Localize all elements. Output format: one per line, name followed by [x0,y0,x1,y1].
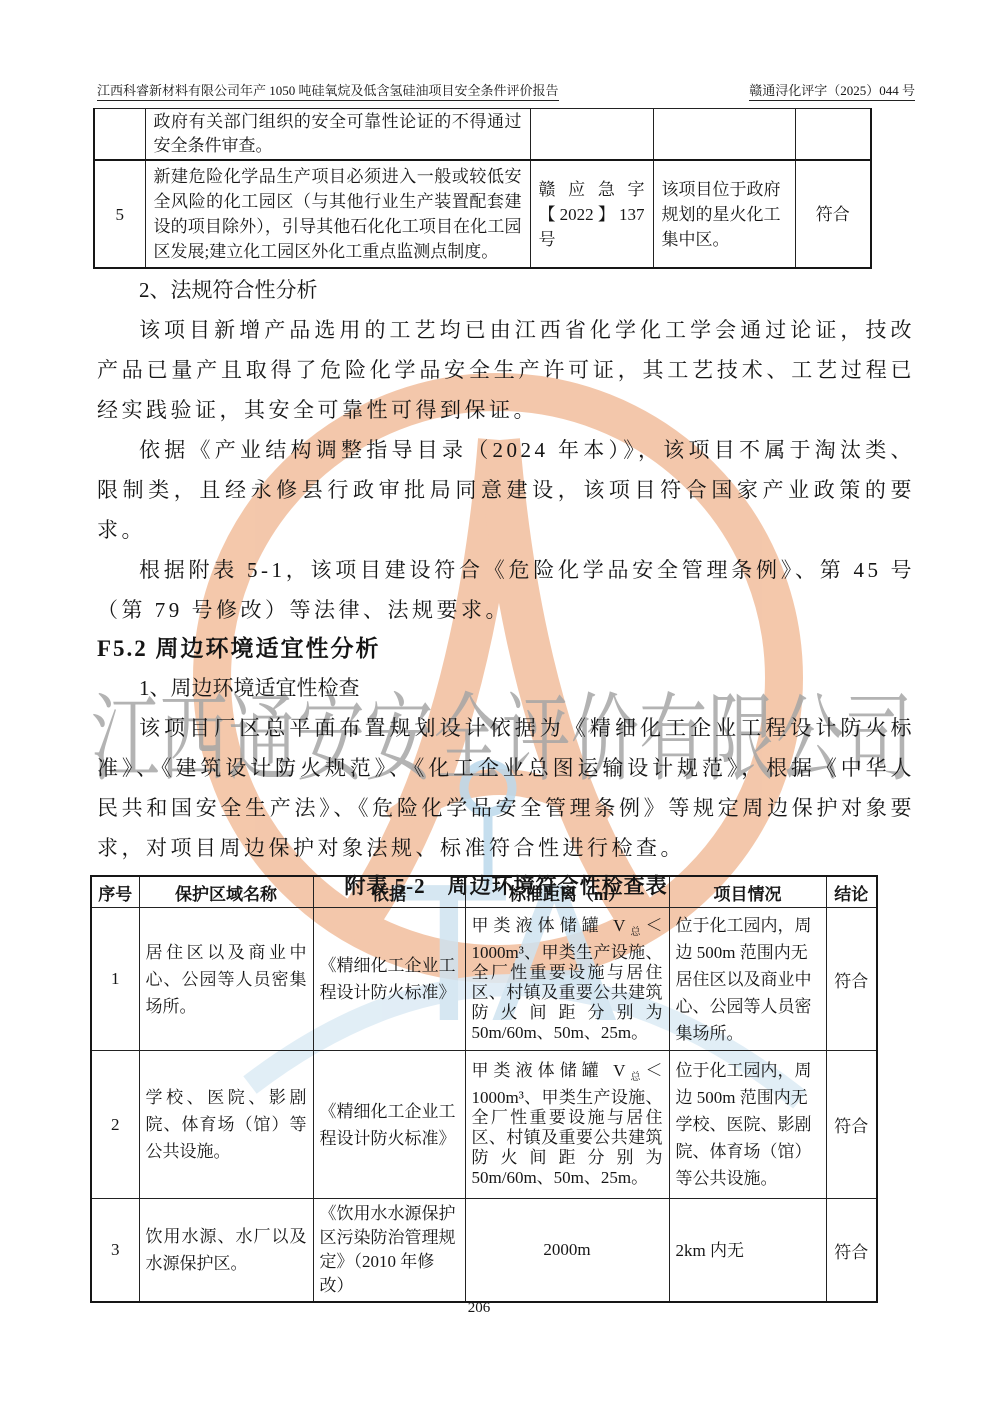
paragraph: 依据《产业结构调整指导目录（2024 年本）》，该项目不属于淘汰类、限制类，且经… [97,430,915,550]
cell-standard-distance: 甲类液体储罐 V总＜1000m³、甲类生产设施、全厂性重要设施与居住区、村镇及重… [465,1051,669,1199]
cell-basis: 《精细化工企业工程设计防火标准》 [313,1051,465,1199]
subheading-law-analysis: 2、法规符合性分析 [97,270,915,310]
std-subscript: 总 [625,1072,645,1083]
cell-basis: 《精细化工企业工程设计防火标准》 [313,908,465,1051]
cell-basis: 《饮用水水源保护区污染防治管理规定》（2010 年修改） [313,1199,465,1303]
cell-no: 1 [91,908,139,1051]
header-standard-distance: 标准距离（m） [465,876,669,908]
cell-situation: 该项目位于政府规划的星火化工集中区。 [653,160,795,268]
header-area-name: 保护区域名称 [139,876,313,908]
cell-situation [653,109,795,161]
body-text: 2、法规符合性分析 该项目新增产品选用的工艺均已由江西省化学化工学会通过论证，技… [97,270,915,904]
table-row: 1 居住区以及商业中心、公园等人员密集场所。 《精细化工企业工程设计防火标准》 … [91,908,877,1051]
paragraph: 该项目厂区总平面布置规划设计依据为《精细化工企业工程设计防火标准》、《建筑设计防… [97,708,915,868]
cell-requirement: 新建危险化学品生产项目必须进入一般或较低安全风险的化工园区（与其他行业生产装置配… [145,160,530,268]
table-row: 政府有关部门组织的安全可靠性论证的不得通过安全条件审查。 [94,109,871,161]
cell-no: 3 [91,1199,139,1303]
page-header: 江西科睿新材料有限公司年产 1050 吨硅氧烷及低含氢硅油项目安全条件评价报告 … [97,80,915,101]
header-project-situation: 项目情况 [669,876,826,908]
cell-area-name: 居住区以及商业中心、公园等人员密集场所。 [139,908,313,1051]
table-header-row: 序号 保护区域名称 依据 标准距离（m） 项目情况 结论 [91,876,877,908]
cell-area-name: 学校、医院、影剧院、体育场（馆）等公共设施。 [139,1051,313,1199]
document-page: TA 江西通安安全评价有限公司 江西科睿新材料有限公司年产 1050 吨硅氧烷及… [0,0,1000,1414]
section-heading-f52: F5.2 周边环境适宜性分析 [97,630,915,668]
header-basis: 依据 [313,876,465,908]
header-no: 序号 [91,876,139,908]
cell-standard-distance: 甲类液体储罐 V总＜1000m³、甲类生产设施、全厂性重要设施与居住区、村镇及重… [465,908,669,1051]
header-conclusion: 结论 [826,876,877,908]
subheading-env-check: 1、周边环境适宜性检查 [97,668,915,708]
paragraph: 根据附表 5-1，该项目建设符合《危险化学品安全管理条例》、第 45 号（第 7… [97,550,915,630]
page-number: 206 [0,1300,958,1317]
paragraph: 该项目新增产品选用的工艺均已由江西省化学化工学会通过论证，技改产品已量产且取得了… [97,310,915,430]
policy-compliance-table: 政府有关部门组织的安全可靠性论证的不得通过安全条件审查。 5 新建危险化学品生产… [93,108,872,269]
std-subscript: 总 [625,927,645,938]
cell-situation: 位于化工园内，周边 500m 范围内无居住区以及商业中心、公园等人员密集场所。 [669,908,826,1051]
cell-situation: 位于化工园内，周边 500m 范围内无学校、医院、影剧院、体育场（馆）等公共设施… [669,1051,826,1199]
table-row: 5 新建危险化学品生产项目必须进入一般或较低安全风险的化工园区（与其他行业生产装… [94,160,871,268]
std-text: 甲类液体储罐 V [472,1061,626,1080]
environment-compliance-table: 序号 保护区域名称 依据 标准距离（m） 项目情况 结论 1 居住区以及商业中心… [90,875,878,1303]
cell-requirement: 政府有关部门组织的安全可靠性论证的不得通过安全条件审查。 [145,109,530,161]
header-doc-number: 赣通浔化评字（2025）044 号 [749,80,915,101]
std-text: 甲类液体储罐 V [472,916,626,935]
cell-conclusion [795,109,871,161]
header-report-title: 江西科睿新材料有限公司年产 1050 吨硅氧烷及低含氢硅油项目安全条件评价报告 [97,80,559,101]
cell-standard-distance: 2000m [465,1199,669,1303]
cell-doc: 赣应急字【2022】137 号 [530,160,653,268]
cell-situation: 2km 内无 [669,1199,826,1303]
cell-no: 5 [94,160,145,268]
cell-conclusion: 符合 [826,1051,877,1199]
cell-conclusion: 符合 [826,908,877,1051]
cell-area-name: 饮用水源、水厂以及水源保护区。 [139,1199,313,1303]
cell-doc [530,109,653,161]
cell-no [94,109,145,161]
cell-no: 2 [91,1051,139,1199]
cell-conclusion: 符合 [795,160,871,268]
cell-conclusion: 符合 [826,1199,877,1303]
table-row: 3 饮用水源、水厂以及水源保护区。 《饮用水水源保护区污染防治管理规定》（201… [91,1199,877,1303]
table-row: 2 学校、医院、影剧院、体育场（馆）等公共设施。 《精细化工企业工程设计防火标准… [91,1051,877,1199]
